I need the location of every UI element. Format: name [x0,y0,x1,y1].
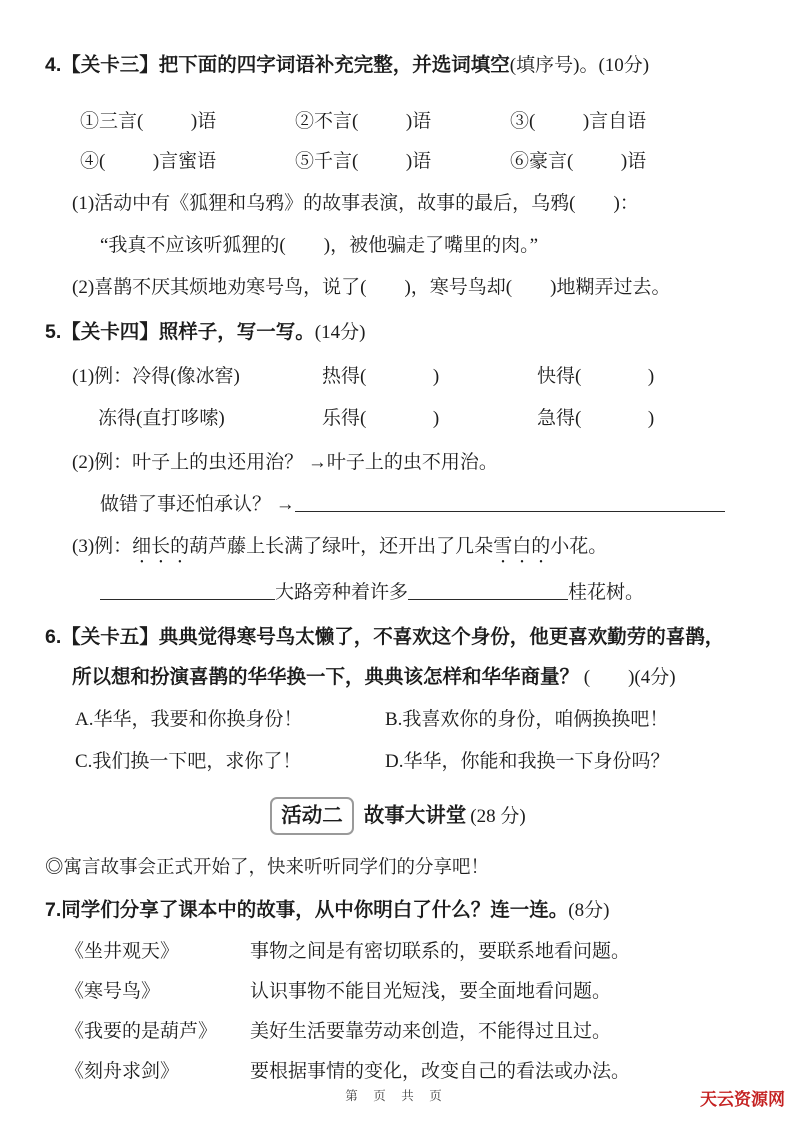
activity-2-box-label: 活动二 [270,797,354,835]
idiom-1: ①三言( )语 [80,107,295,137]
match-pair-row: 《寒号鸟》 认识事物不能目光短浅，要全面地看问题。 [45,978,751,1006]
story-title: 《我要的是葫芦》 [65,1018,250,1046]
story-title: 《刻舟求剑》 [65,1058,250,1086]
activity-2-score: (28 分) [470,806,525,827]
q6-option-d: D.华华，你能和我换一下身份吗？ [385,747,751,777]
question-5-tag: 【关卡四】 [61,321,159,343]
page-footer: 第 页 共 页 [0,1086,793,1104]
q5-sub3-fill-mid: 大路旁种着许多 [275,582,408,603]
q5-subquestion-2-example: (2)例：叶子上的虫还用治？ →叶子上的虫不用治。 [45,448,751,478]
story-title: 《寒号鸟》 [65,978,250,1006]
activity-2-note: ◎寓言故事会正式开始了，快来听听同学们的分享吧！ [45,853,751,883]
q5-blank-happy: 乐得( ) [322,404,537,434]
q5-blank-hot: 热得( ) [322,362,537,392]
answer-blank-line [408,580,568,600]
question-6-number: 6. [45,626,61,648]
q5-sub3-middle: 葫芦藤上长满了绿叶，还开出了几朵 [189,536,493,557]
question-5-number: 5. [45,321,61,343]
question-4-header: 4.【关卡三】把下面的四字词语补充完整，并选词填空(填序号)。(10分) [45,50,751,81]
q5-sub3-emphasized-2: 雪白的 [493,536,550,557]
q5-blank-anxious: 急得( ) [537,404,751,434]
q5-subquestion-2-prompt: 做错了事还怕承认？ → [45,490,751,520]
story-moral: 要根据事情的变化，改变自己的看法或办法。 [250,1058,751,1086]
q4-subquestion-1-line2: “我真不应该听狐狸的( )，被他骗走了嘴里的肉。” [45,231,751,261]
q5-subquestion-3-answer: 大路旁种着许多桂花树。 [45,578,751,608]
activity-2-title: 故事大讲堂 [364,804,467,827]
question-6-line1: 典典觉得寒号鸟太懒了，不喜欢这个身份，他更喜欢勤劳的喜鹊， [159,626,725,648]
question-4-tag: 【关卡三】 [61,54,159,76]
question-5-title: 照样子，写一写。 [159,321,315,343]
idiom-5: ⑤千言( )语 [295,147,510,177]
q5-sub2-prompt-text: 做错了事还怕承认？ → [100,494,295,515]
q5-example-frozen: 冻得(直打哆嗦) [72,404,322,434]
q6-option-row-2: C.我们换一下吧，求你了！ D.华华，你能和我换一下身份吗？ [45,747,751,777]
story-moral: 认识事物不能目光短浅，要全面地看问题。 [250,978,751,1006]
question-6-line2-text: 所以想和扮演喜鹊的华华换一下，典典该怎样和华华商量？ [72,666,579,688]
watermark: 天云资源网 [700,1085,785,1110]
q6-option-row-1: A.华华，我要和你换身份！ B.我喜欢你的身份，咱俩换换吧！ [45,705,751,735]
q6-option-a: A.华华，我要和你换身份！ [75,705,385,735]
q5-fill-row-2: 冻得(直打哆嗦) 乐得( ) 急得( ) [45,404,751,434]
idiom-2: ②不言( )语 [295,107,510,137]
question-4-score: (填序号)。(10分) [510,55,649,76]
q4-subquestion-1-line1: (1)活动中有《狐狸和乌鸦》的故事表演，故事的最后，乌鸦( )： [45,189,751,219]
q5-example-cold: (1)例：冷得(像冰窖) [72,362,322,392]
q4-subquestion-2: (2)喜鹊不厌其烦地劝寒号鸟，说了( )，寒号鸟却( )地糊弄过去。 [45,273,751,303]
story-moral: 美好生活要靠劳动来创造，不能得过且过。 [250,1018,751,1046]
q6-option-b: B.我喜欢你的身份，咱俩换换吧！ [385,705,751,735]
q5-subquestion-3-example: (3)例：细长的葫芦藤上长满了绿叶，还开出了几朵雪白的小花。 [45,532,751,568]
question-7-title: 7.同学们分享了课本中的故事，从中你明白了什么？连一连。 [45,899,568,921]
question-5-header: 5.【关卡四】照样子，写一写。(14分) [45,317,751,348]
question-6-header: 6.【关卡五】典典觉得寒号鸟太懒了，不喜欢这个身份，他更喜欢勤劳的喜鹊， [45,622,751,652]
match-pair-row: 《坐井观天》 事物之间是有密切联系的，要联系地看问题。 [45,938,751,966]
question-4-title: 把下面的四字词语补充完整，并选词填空 [159,54,510,76]
q5-sub3-suffix: 小花。 [550,536,607,557]
match-pair-row: 《刻舟求剑》 要根据事情的变化，改变自己的看法或办法。 [45,1058,751,1086]
question-6-answer-paren: ( )(4分) [579,667,676,688]
answer-blank-line [100,580,275,600]
q5-sub3-emphasized-1: 细长的 [132,536,189,557]
match-pair-row: 《我要的是葫芦》 美好生活要靠劳动来创造，不能得过且过。 [45,1018,751,1046]
question-7-header: 7.同学们分享了课本中的故事，从中你明白了什么？连一连。(8分) [45,895,751,926]
idiom-6: ⑥豪言( )语 [510,147,751,177]
question-7-score: (8分) [568,900,609,921]
idiom-4: ④( )言蜜语 [80,147,295,177]
question-4-number: 4. [45,54,61,76]
q5-sub3-fill-end: 桂花树。 [568,582,644,603]
q6-option-c: C.我们换一下吧，求你了！ [75,747,385,777]
question-5-score: (14分) [315,322,366,343]
answer-blank-line [295,492,725,512]
q5-sub3-prefix: (3)例： [72,536,132,557]
activity-2-banner: 活动二故事大讲堂(28 分) [45,797,751,835]
question-6-tag: 【关卡五】 [61,626,159,648]
story-title: 《坐井观天》 [65,938,250,966]
idiom-row-2: ④( )言蜜语 ⑤千言( )语 ⑥豪言( )语 [45,147,751,177]
q5-fill-row-1: (1)例：冷得(像冰窖) 热得( ) 快得( ) [45,362,751,392]
question-6-line2: 所以想和扮演喜鹊的华华换一下，典典该怎样和华华商量？ ( )(4分) [45,662,751,693]
worksheet-page: 4.【关卡三】把下面的四字词语补充完整，并选词填空(填序号)。(10分) ①三言… [0,0,793,1122]
idiom-row-1: ①三言( )语 ②不言( )语 ③( )言自语 [45,107,751,137]
idiom-3: ③( )言自语 [510,107,751,137]
q5-blank-fast: 快得( ) [537,362,751,392]
story-moral: 事物之间是有密切联系的，要联系地看问题。 [250,938,751,966]
